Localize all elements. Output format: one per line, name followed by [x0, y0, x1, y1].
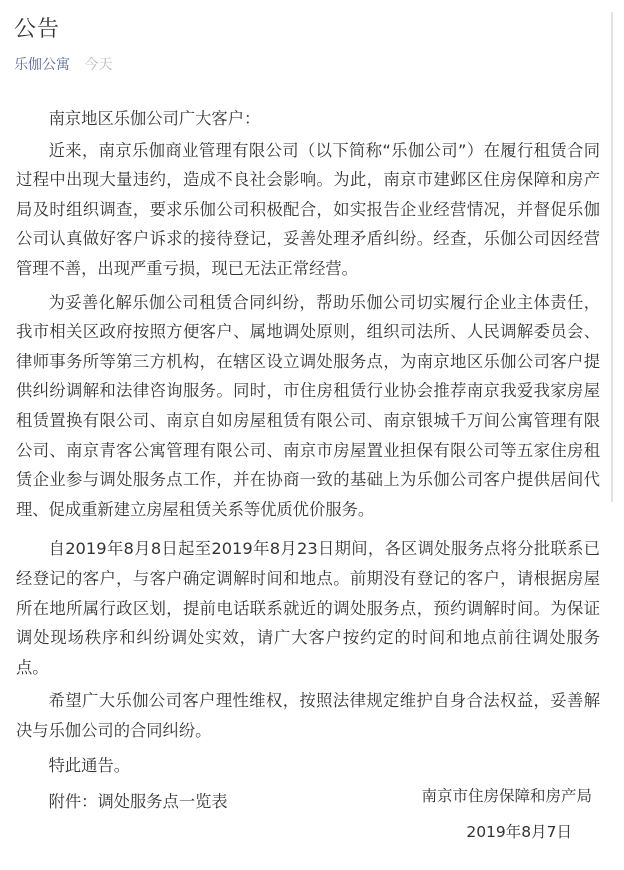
article-title: 公告 — [14, 12, 60, 43]
salutation: 南京地区乐伽公司广大客户： — [16, 104, 600, 134]
paragraph: 希望广大乐伽公司客户理性维权，按照法律规定维护自身合法权益，妥善解决与乐伽公司的… — [16, 686, 600, 745]
closing-line: 特此通告。 — [16, 751, 600, 781]
scrollbar[interactable] — [611, 12, 613, 502]
article-content: 南京地区乐伽公司广大客户： 近来，南京乐伽商业管理有限公司（以下简称“乐伽公司”… — [16, 104, 600, 817]
signature-organization: 南京市住房保障和房产局 — [421, 784, 592, 806]
signature-block: 南京市住房保障和房产局 2019年8月7日 — [421, 784, 592, 842]
signature-date: 2019年8月7日 — [421, 820, 572, 842]
article-meta: 乐伽公寓 今天 — [14, 54, 112, 74]
paragraph: 为妥善化解乐伽公司租赁合同纠纷，帮助乐伽公司切实履行企业主体责任，我市相关区政府… — [16, 288, 600, 525]
publish-date: 今天 — [84, 57, 112, 73]
paragraph: 近来，南京乐伽商业管理有限公司（以下简称“乐伽公司”）在履行租赁合同过程中出现大… — [16, 136, 600, 284]
author-link[interactable]: 乐伽公寓 — [14, 57, 70, 73]
paragraph: 自2019年8月8日起至2019年8月23日期间，各区调处服务点将分批联系已经登… — [16, 534, 600, 682]
